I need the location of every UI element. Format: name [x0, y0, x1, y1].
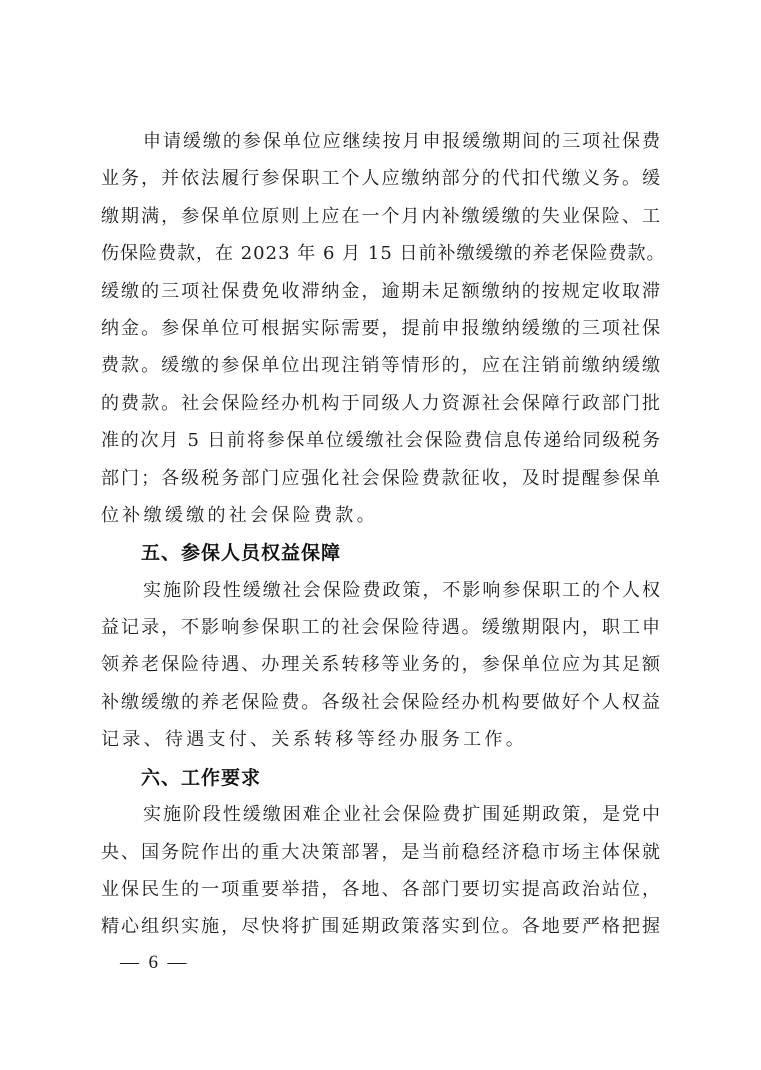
paragraph-1-line-5: 缓缴的三项社保费免收滞纳金，逾期未足额缴纳的按规定收取滞: [101, 277, 661, 307]
paragraph-1-line-1: 申请缓缴的参保单位应继续按月申报缓缴期间的三项社保费: [143, 127, 661, 157]
paragraph-1-line-11: 位补缴缓缴的社会保险费款。: [101, 501, 661, 531]
paragraph-1-line-4: 伤保险费款，在 2023 年 6 月 15 日前补缴缓缴的养老保险费款。: [101, 239, 661, 269]
paragraph-2-line-2: 益记录，不影响参保职工的社会保险待遇。缓缴期限内，职工申: [101, 613, 661, 643]
section-heading-5: 五、参保人员权益保障: [141, 538, 341, 568]
section-heading-6: 六、工作要求: [141, 763, 261, 793]
paragraph-3-line-1: 实施阶段性缓缴困难企业社会保险费扩围延期政策，是党中: [143, 800, 661, 830]
paragraph-3-line-3: 业保民生的一项重要举措，各地、各部门要切实提高政治站位，: [101, 875, 661, 905]
paragraph-2-line-5: 记录、待遇支付、关系转移等经办服务工作。: [101, 725, 661, 755]
page-number: — 6 —: [120, 949, 187, 977]
paragraph-1-line-6: 纳金。参保单位可根据实际需要，提前申报缴纳缓缴的三项社保: [101, 314, 661, 344]
paragraph-1-line-8: 的费款。社会保险经办机构于同级人力资源社会保障行政部门批: [101, 389, 661, 419]
paragraph-1-line-9: 准的次月 5 日前将参保单位缓缴社会保险费信息传递给同级税务: [101, 426, 661, 456]
paragraph-2-line-1: 实施阶段性缓缴社会保险费政策，不影响参保职工的个人权: [143, 576, 661, 606]
paragraph-3-line-2: 央、国务院作出的重大决策部署，是当前稳经济稳市场主体保就: [101, 838, 661, 868]
document-page: 申请缓缴的参保单位应继续按月申报缓缴期间的三项社保费 业务，并依法履行参保职工个…: [0, 0, 761, 1070]
paragraph-2-line-3: 领养老保险待遇、办理关系转移等业务的，参保单位应为其足额: [101, 650, 661, 680]
paragraph-2-line-4: 补缴缓缴的养老保险费。各级社会保险经办机构要做好个人权益: [101, 688, 661, 718]
paragraph-3-line-4: 精心组织实施，尽快将扩围延期政策落实到位。各地要严格把握: [101, 912, 661, 942]
paragraph-1-line-2: 业务，并依法履行参保职工个人应缴纳部分的代扣代缴义务。缓: [101, 164, 661, 194]
paragraph-1-line-10: 部门；各级税务部门应强化社会保险费款征收，及时提醒参保单: [101, 464, 661, 494]
paragraph-1-line-7: 费款。缓缴的参保单位出现注销等情形的，应在注销前缴纳缓缴: [101, 351, 661, 381]
paragraph-1-line-3: 缴期满，参保单位原则上应在一个月内补缴缓缴的失业保险、工: [101, 202, 661, 232]
